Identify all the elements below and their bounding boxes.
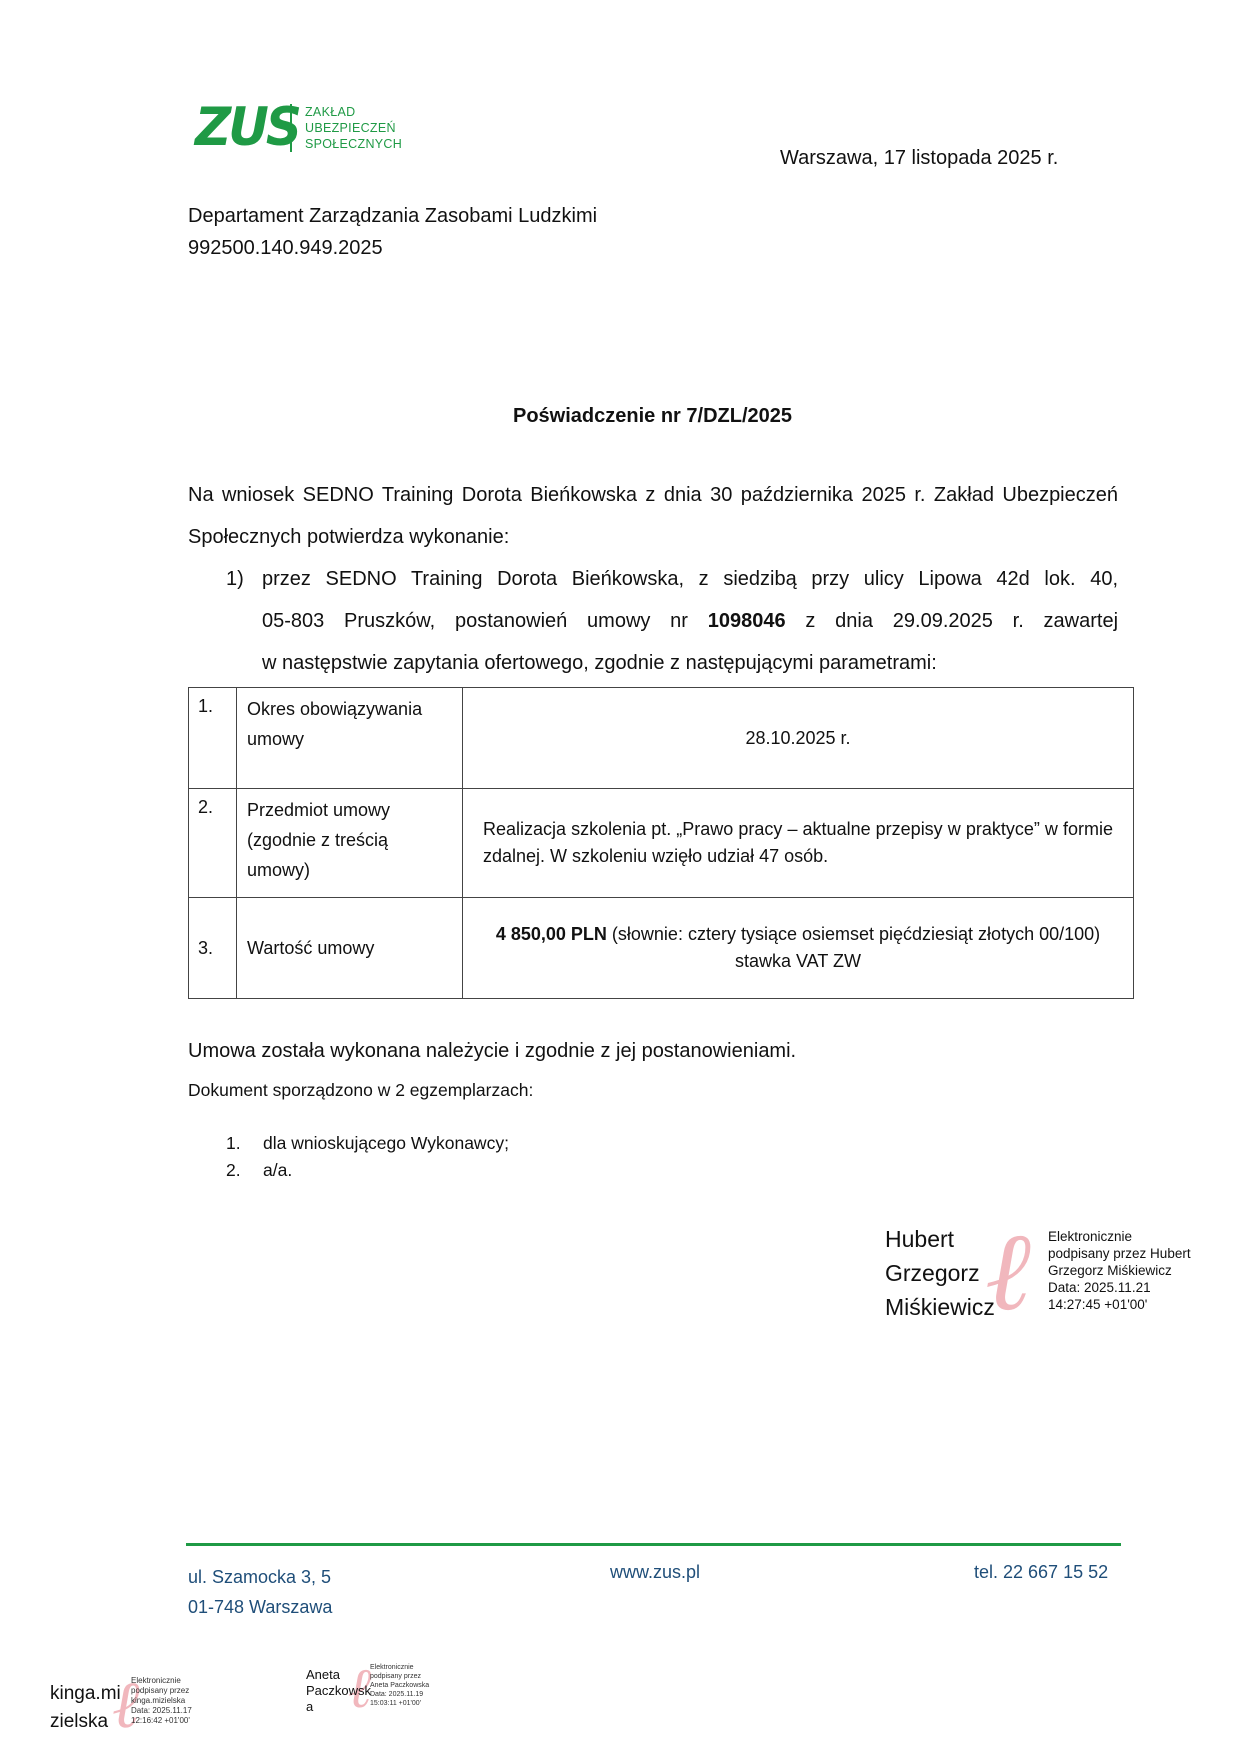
department-name: Departament Zarządzania Zasobami Ludzkim… <box>188 200 597 232</box>
row-label: Przedmiot umowy (zgodnie z treścią umowy… <box>237 789 463 898</box>
signature-info-line: Elektronicznie <box>131 1676 211 1686</box>
signer-name-line: Hubert <box>885 1222 1025 1256</box>
intro-paragraph: Na wniosek SEDNO Training Dorota Bieńkow… <box>188 474 1118 558</box>
signature-info-line: Elektronicznie <box>370 1663 450 1672</box>
item-line-part: z dnia 29.09.2025 r. zawartej <box>786 610 1118 632</box>
signature-info-line: Elektronicznie <box>1048 1228 1218 1245</box>
electronic-signature-small[interactable]: ℓ kinga.mi zielska Elektronicznie podpis… <box>50 1680 210 1750</box>
zus-logo-mark: ZUS <box>195 101 299 154</box>
parameters-table: 1. Okres obowiązywania umowy 28.10.2025 … <box>188 687 1134 999</box>
table-row: 3. Wartość umowy 4 850,00 PLN (słownie: … <box>189 898 1134 999</box>
item-text: przez SEDNO Training Dorota Bieńkowska, … <box>262 558 1118 684</box>
signer-name-line: Grzegorz <box>885 1256 1025 1290</box>
signature-info-line: 15:03:11 +01'00' <box>370 1699 450 1708</box>
list-text: dla wnioskującego Wykonawcy; <box>263 1133 509 1153</box>
copies-list: 1.dla wnioskującego Wykonawcy; 2.a/a. <box>226 1130 509 1184</box>
row-label-line: (zgodnie z treścią umowy) <box>247 825 452 885</box>
signature-info-line: Data: 2025.11.17 <box>131 1706 211 1716</box>
value-in-words: (słownie: cztery tysiące osiemset pięćdz… <box>607 924 1100 944</box>
footer-divider <box>186 1543 1121 1546</box>
footer-address: ul. Szamocka 3, 5 01-748 Warszawa <box>188 1562 332 1622</box>
table-row: 1. Okres obowiązywania umowy 28.10.2025 … <box>189 688 1134 789</box>
signature-info: Elektronicznie podpisany przez Aneta Pac… <box>370 1663 450 1708</box>
signer-name-line: a <box>306 1699 371 1715</box>
signer-name: Aneta Paczkowsk a <box>306 1667 371 1715</box>
contract-number: 1098046 <box>708 610 786 632</box>
signer-name: kinga.mi zielska <box>50 1680 121 1736</box>
reference-number: 992500.140.949.2025 <box>188 232 597 264</box>
signer-name: Hubert Grzegorz Miśkiewicz <box>885 1222 1025 1324</box>
signature-info-line: kinga.mizielska <box>131 1696 211 1706</box>
item-line: 05-803 Pruszków, postanowień umowy nr 10… <box>262 600 1118 642</box>
signer-name-line: Miśkiewicz <box>885 1290 1025 1324</box>
document-title: Poświadczenie nr 7/DZL/2025 <box>0 405 1241 428</box>
row-number: 2. <box>189 789 237 898</box>
row-label: Wartość umowy <box>237 898 463 999</box>
logo-line: UBEZPIECZEŃ <box>305 120 402 136</box>
address-line: 01-748 Warszawa <box>188 1592 332 1622</box>
zus-logo-text: ZAKŁAD UBEZPIECZEŃ SPOŁECZNYCH <box>305 104 402 152</box>
signature-info-line: Grzegorz Miśkiewicz <box>1048 1262 1218 1279</box>
list-text: a/a. <box>263 1160 292 1180</box>
contract-value: 4 850,00 PLN <box>496 924 607 944</box>
list-item: 1.dla wnioskującego Wykonawcy; <box>226 1130 509 1157</box>
logo-line: ZAKŁAD <box>305 104 402 120</box>
signer-name-line: Aneta <box>306 1667 371 1683</box>
signature-info-line: 14:27:45 +01'00' <box>1048 1296 1218 1313</box>
item-number: 1) <box>226 558 244 600</box>
row-label: Okres obowiązywania umowy <box>237 688 463 789</box>
list-number: 2. <box>226 1157 263 1184</box>
signer-name-line: Paczkowsk <box>306 1683 371 1699</box>
row-value: Realizacja szkolenia pt. „Prawo pracy – … <box>463 789 1134 898</box>
electronic-signature-small[interactable]: ℓ Aneta Paczkowsk a Elektronicznie podpi… <box>306 1667 446 1727</box>
signature-info-line: podpisany przez <box>131 1686 211 1696</box>
footer-phone: tel. 22 667 15 52 <box>974 1562 1108 1583</box>
item-line-part: 05-803 Pruszków, postanowień umowy nr <box>262 610 708 632</box>
row-label-line: Przedmiot umowy <box>247 795 452 825</box>
list-number: 1. <box>226 1130 263 1157</box>
signature-info-line: Data: 2025.11.19 <box>370 1690 450 1699</box>
item-line: przez SEDNO Training Dorota Bieńkowska, … <box>262 558 1118 600</box>
logo-divider <box>290 104 292 152</box>
signature-info: Elektronicznie podpisany przez Hubert Gr… <box>1048 1228 1218 1313</box>
logo-line: SPOŁECZNYCH <box>305 136 402 152</box>
list-item: 2.a/a. <box>226 1157 509 1184</box>
signer-name-line: zielska <box>50 1708 121 1736</box>
signer-name-line: kinga.mi <box>50 1680 121 1708</box>
signature-info-line: 12:16:42 +01'00' <box>131 1716 211 1726</box>
zus-logo: ZUS ZAKŁAD UBEZPIECZEŃ SPOŁECZNYCH <box>195 100 425 156</box>
signature-info-line: podpisany przez Hubert <box>1048 1245 1218 1262</box>
sender-block: Departament Zarządzania Zasobami Ludzkim… <box>188 200 597 264</box>
item-line: w następstwie zapytania ofertowego, zgod… <box>262 642 1118 684</box>
row-number: 1. <box>189 688 237 789</box>
signature-info-line: podpisany przez <box>370 1672 450 1681</box>
address-line: ul. Szamocka 3, 5 <box>188 1562 332 1592</box>
signature-info: Elektronicznie podpisany przez kinga.miz… <box>131 1676 211 1726</box>
vat-rate: stawka VAT ZW <box>475 948 1121 975</box>
table-row: 2. Przedmiot umowy (zgodnie z treścią um… <box>189 789 1134 898</box>
signature-info-line: Aneta Paczkowska <box>370 1681 450 1690</box>
row-value: 4 850,00 PLN (słownie: cztery tysiące os… <box>463 898 1134 999</box>
signature-info-line: Data: 2025.11.21 <box>1048 1279 1218 1296</box>
row-number: 3. <box>189 898 237 999</box>
place-date: Warszawa, 17 listopada 2025 r. <box>780 147 1058 170</box>
numbered-item: 1) przez SEDNO Training Dorota Bieńkowsk… <box>226 558 1118 684</box>
row-value-text: Realizacja szkolenia pt. „Prawo pracy – … <box>475 816 1121 870</box>
closing-statement: Umowa została wykonana należycie i zgodn… <box>188 1040 796 1063</box>
copies-intro: Dokument sporządzono w 2 egzemplarzach: <box>188 1080 533 1101</box>
row-value: 28.10.2025 r. <box>463 688 1134 789</box>
footer-website-link[interactable]: www.zus.pl <box>610 1562 700 1583</box>
